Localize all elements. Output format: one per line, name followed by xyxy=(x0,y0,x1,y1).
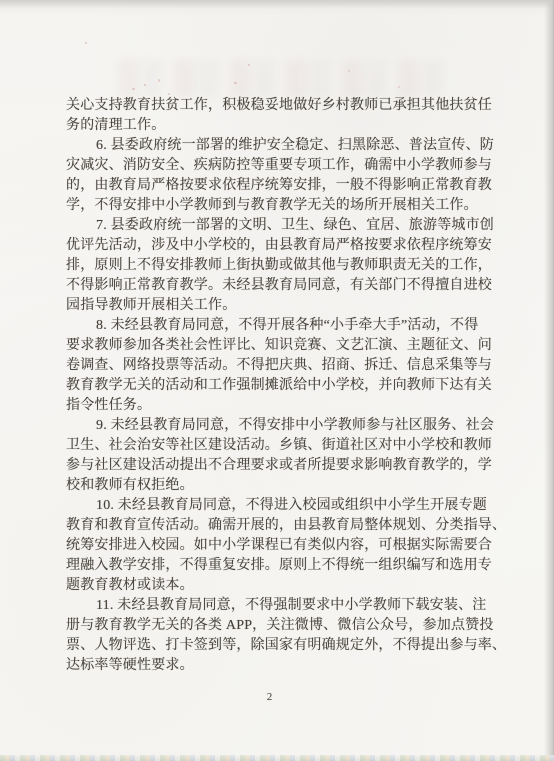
text-line-item-8: 8. 未经县教育局同意，不得开展各种“小手牵大手”活动，不得 xyxy=(66,316,502,336)
scanned-document-page: 关心支持教育扶贫工作，积极稳妥地做好乡村教师已承担其他扶贫任 务的清理工作。 6… xyxy=(0,0,554,761)
text-line: 卫生、社会治安等社区建设活动。乡镇、街道社区对中小学校和教师 xyxy=(66,436,502,456)
text-line-item-9: 9. 未经县教育局同意，不得安排中小学教师参与社区服务、社会 xyxy=(66,416,502,436)
text-line: 园指导教师开展相关工作。 xyxy=(66,296,502,316)
red-speck xyxy=(158,79,160,82)
red-speck xyxy=(234,82,237,84)
red-speck xyxy=(348,70,350,72)
text-line: 灾减灾、消防安全、疾病防控等重要专项工作，确需中小学教师参与 xyxy=(66,156,502,176)
text-line: 达标率等硬性要求。 xyxy=(66,656,502,676)
text-line-item-10: 10. 未经县教育局同意，不得进入校园或组织中小学生开展专题 xyxy=(66,496,502,516)
text-line: 务的清理工作。 xyxy=(66,116,502,136)
document-body-text: 关心支持教育扶贫工作，积极稳妥地做好乡村教师已承担其他扶贫任 务的清理工作。 6… xyxy=(66,96,502,676)
text-line-item-6: 6. 县委政府统一部署的维护安全稳定、扫黑除恶、普法宣传、防 xyxy=(66,136,502,156)
text-line: 关心支持教育扶贫工作，积极稳妥地做好乡村教师已承担其他扶贫任 xyxy=(66,96,502,116)
red-speck xyxy=(398,86,400,88)
scan-bottom-edge-artifact xyxy=(0,755,554,761)
text-line-item-11: 11. 未经县教育局同意，不得强制要求中小学教师下载安装、注 xyxy=(66,596,502,616)
scan-top-edge-shadow xyxy=(0,0,554,16)
red-speck xyxy=(85,42,87,44)
text-line: 排，原则上不得安排教师上街执勤或做其他与教师职责无关的工作， xyxy=(66,256,502,276)
text-line: 要求教师参加各类社会性评比、知识竞赛、文艺汇演、主题征文、问 xyxy=(66,336,502,356)
text-line-item-7: 7. 县委政府统一部署的文明、卫生、绿色、宜居、旅游等城市创 xyxy=(66,216,502,236)
ink-bleed-ghost-text xyxy=(118,60,454,98)
text-line: 教育教学无关的活动和工作强制摊派给中小学校，并向教师下达有关 xyxy=(66,376,502,396)
text-line: 的，由教育局严格按要求依程序统筹安排，一般不得影响正常教育教 xyxy=(66,176,502,196)
text-line: 理融入教学安排，不得重复安排。原则上不得统一组织编写和选用专 xyxy=(66,556,502,576)
text-line: 题教育教材或读本。 xyxy=(66,576,502,596)
text-line: 册与教育教学无关的各类 APP，关注微博、微信公众号，参加点赞投 xyxy=(66,616,502,636)
text-line: 校和教师有权拒绝。 xyxy=(66,476,502,496)
text-line: 教育和教育宣传活动。确需开展的，由县教育局整体规划、分类指导、 xyxy=(66,516,502,536)
red-speck xyxy=(132,88,135,90)
text-line: 优评先活动，涉及中小学校的，由县教育局严格按要求依程序统筹安 xyxy=(66,236,502,256)
page-number: 2 xyxy=(0,691,540,703)
text-line: 票、人物评选、打卡签到等，除国家有明确规定外，不得提出参与率、 xyxy=(66,636,502,656)
text-line: 不得影响正常教育教学。未经县教育局同意，有关部门不得擅自进校 xyxy=(66,276,502,296)
text-line: 学，不得安排中小学教师到与教育教学无关的场所开展相关工作。 xyxy=(66,196,502,216)
text-line: 参与社区建设活动提出不合理要求或者所提要求影响教育教学的，学 xyxy=(66,456,502,476)
text-line: 统筹安排进入校园。如中小学课程已有类似内容，可根据实际需要合 xyxy=(66,536,502,556)
text-line: 指令性任务。 xyxy=(66,396,502,416)
scan-right-edge-shadow xyxy=(544,0,554,761)
red-speck xyxy=(144,84,146,86)
text-line: 卷调查、网络投票等活动。不得把庆典、招商、拆迁、信息采集等与 xyxy=(66,356,502,376)
red-speck xyxy=(248,64,250,66)
red-speck xyxy=(168,93,170,95)
